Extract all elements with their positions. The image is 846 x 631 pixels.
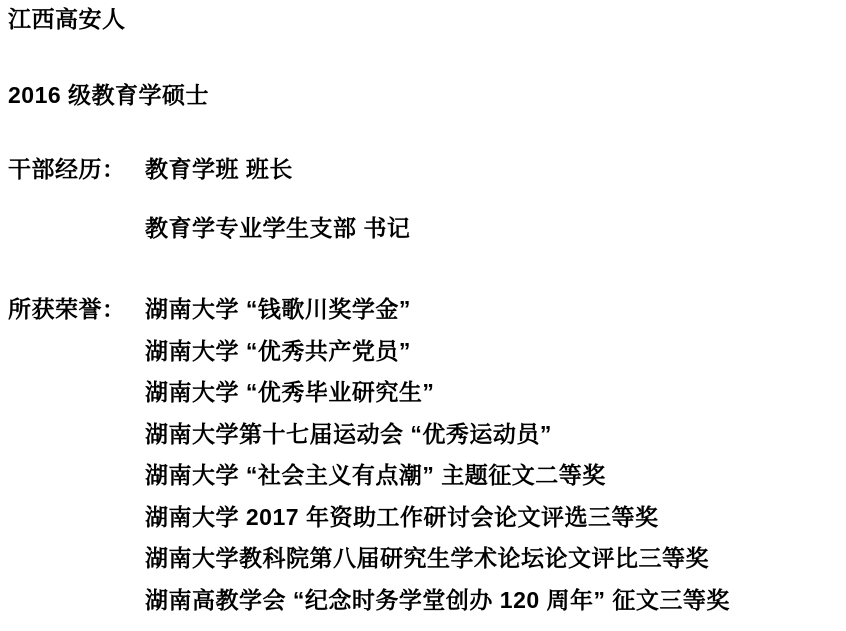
honor-item: 湖南大学 “钱歌川奖学金” bbox=[145, 296, 411, 324]
document-page: 江西高安人 2016 级教育学硕士 干部经历： 教育学班 班长 教育学专业学生支… bbox=[0, 0, 846, 631]
honor-item: 湖南大学第十七届运动会 “优秀运动员” bbox=[145, 421, 552, 449]
honor-item: 湖南大学 2017 年资助工作研讨会论文评选三等奖 bbox=[145, 504, 658, 532]
honors-section-label: 所获荣誉： bbox=[8, 296, 126, 324]
cadre-item: 教育学专业学生支部 书记 bbox=[145, 215, 410, 243]
cadre-section-label: 干部经历： bbox=[8, 156, 126, 184]
cohort-text: 2016 级教育学硕士 bbox=[8, 82, 209, 110]
honor-item: 湖南大学 “优秀毕业研究生” bbox=[145, 379, 434, 407]
honor-item: 湖南大学 “社会主义有点潮” 主题征文二等奖 bbox=[145, 462, 606, 490]
honor-item: 湖南高教学会 “纪念时务学堂创办 120 周年” 征文三等奖 bbox=[145, 587, 730, 615]
hometown-text: 江西高安人 bbox=[8, 6, 126, 34]
cadre-item: 教育学班 班长 bbox=[145, 156, 293, 184]
honor-item: 湖南大学 “优秀共产党员” bbox=[145, 338, 411, 366]
honor-item: 湖南大学教科院第八届研究生学术论坛论文评比三等奖 bbox=[145, 545, 709, 573]
